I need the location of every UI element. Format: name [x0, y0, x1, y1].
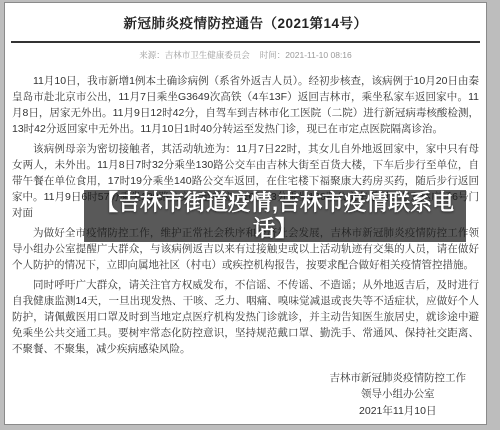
page-background: 新冠肺炎疫情防控通告（2021第14号） 来源：吉林市卫生健康委员会时间：202… — [0, 0, 500, 430]
time-label: 时间： — [260, 50, 286, 60]
paragraph-public-appeal: 同时呼吁广大群众，请关注官方权威发布，不信谣、不传谣、不造谣；从外地返吉后，及时… — [12, 277, 479, 357]
source-label: 来源： — [139, 50, 165, 60]
notice-title: 新冠肺炎疫情防控通告（2021第14号） — [15, 12, 476, 32]
source-line: 来源：吉林市卫生健康委员会时间：2021-11-10 08:16 — [5, 49, 486, 61]
signature-org-line-1: 吉林市新冠肺炎疫情防控工作 — [330, 370, 467, 387]
signature-block: 吉林市新冠肺炎疫情防控工作 领导小组办公室 2021年11月10日 — [330, 370, 467, 420]
title-divider — [11, 41, 480, 43]
watermark-overlay: 【吉林市街道疫情,吉林市疫情联系电话】 — [84, 190, 466, 242]
source-value: 吉林市卫生健康委员会 — [165, 50, 250, 60]
signature-org-line-2: 领导小组办公室 — [330, 386, 467, 403]
signature-date: 2021年11月10日 — [330, 403, 467, 420]
time-value: 2021-11-10 08:16 — [285, 50, 351, 60]
paragraph-case-summary: 11月10日，我市新增1例本土确诊病例（系省外返吉人员）。经初步核查，该病例于1… — [12, 73, 479, 137]
watermark-text: 【吉林市街道疫情,吉林市疫情联系电话】 — [86, 190, 464, 242]
